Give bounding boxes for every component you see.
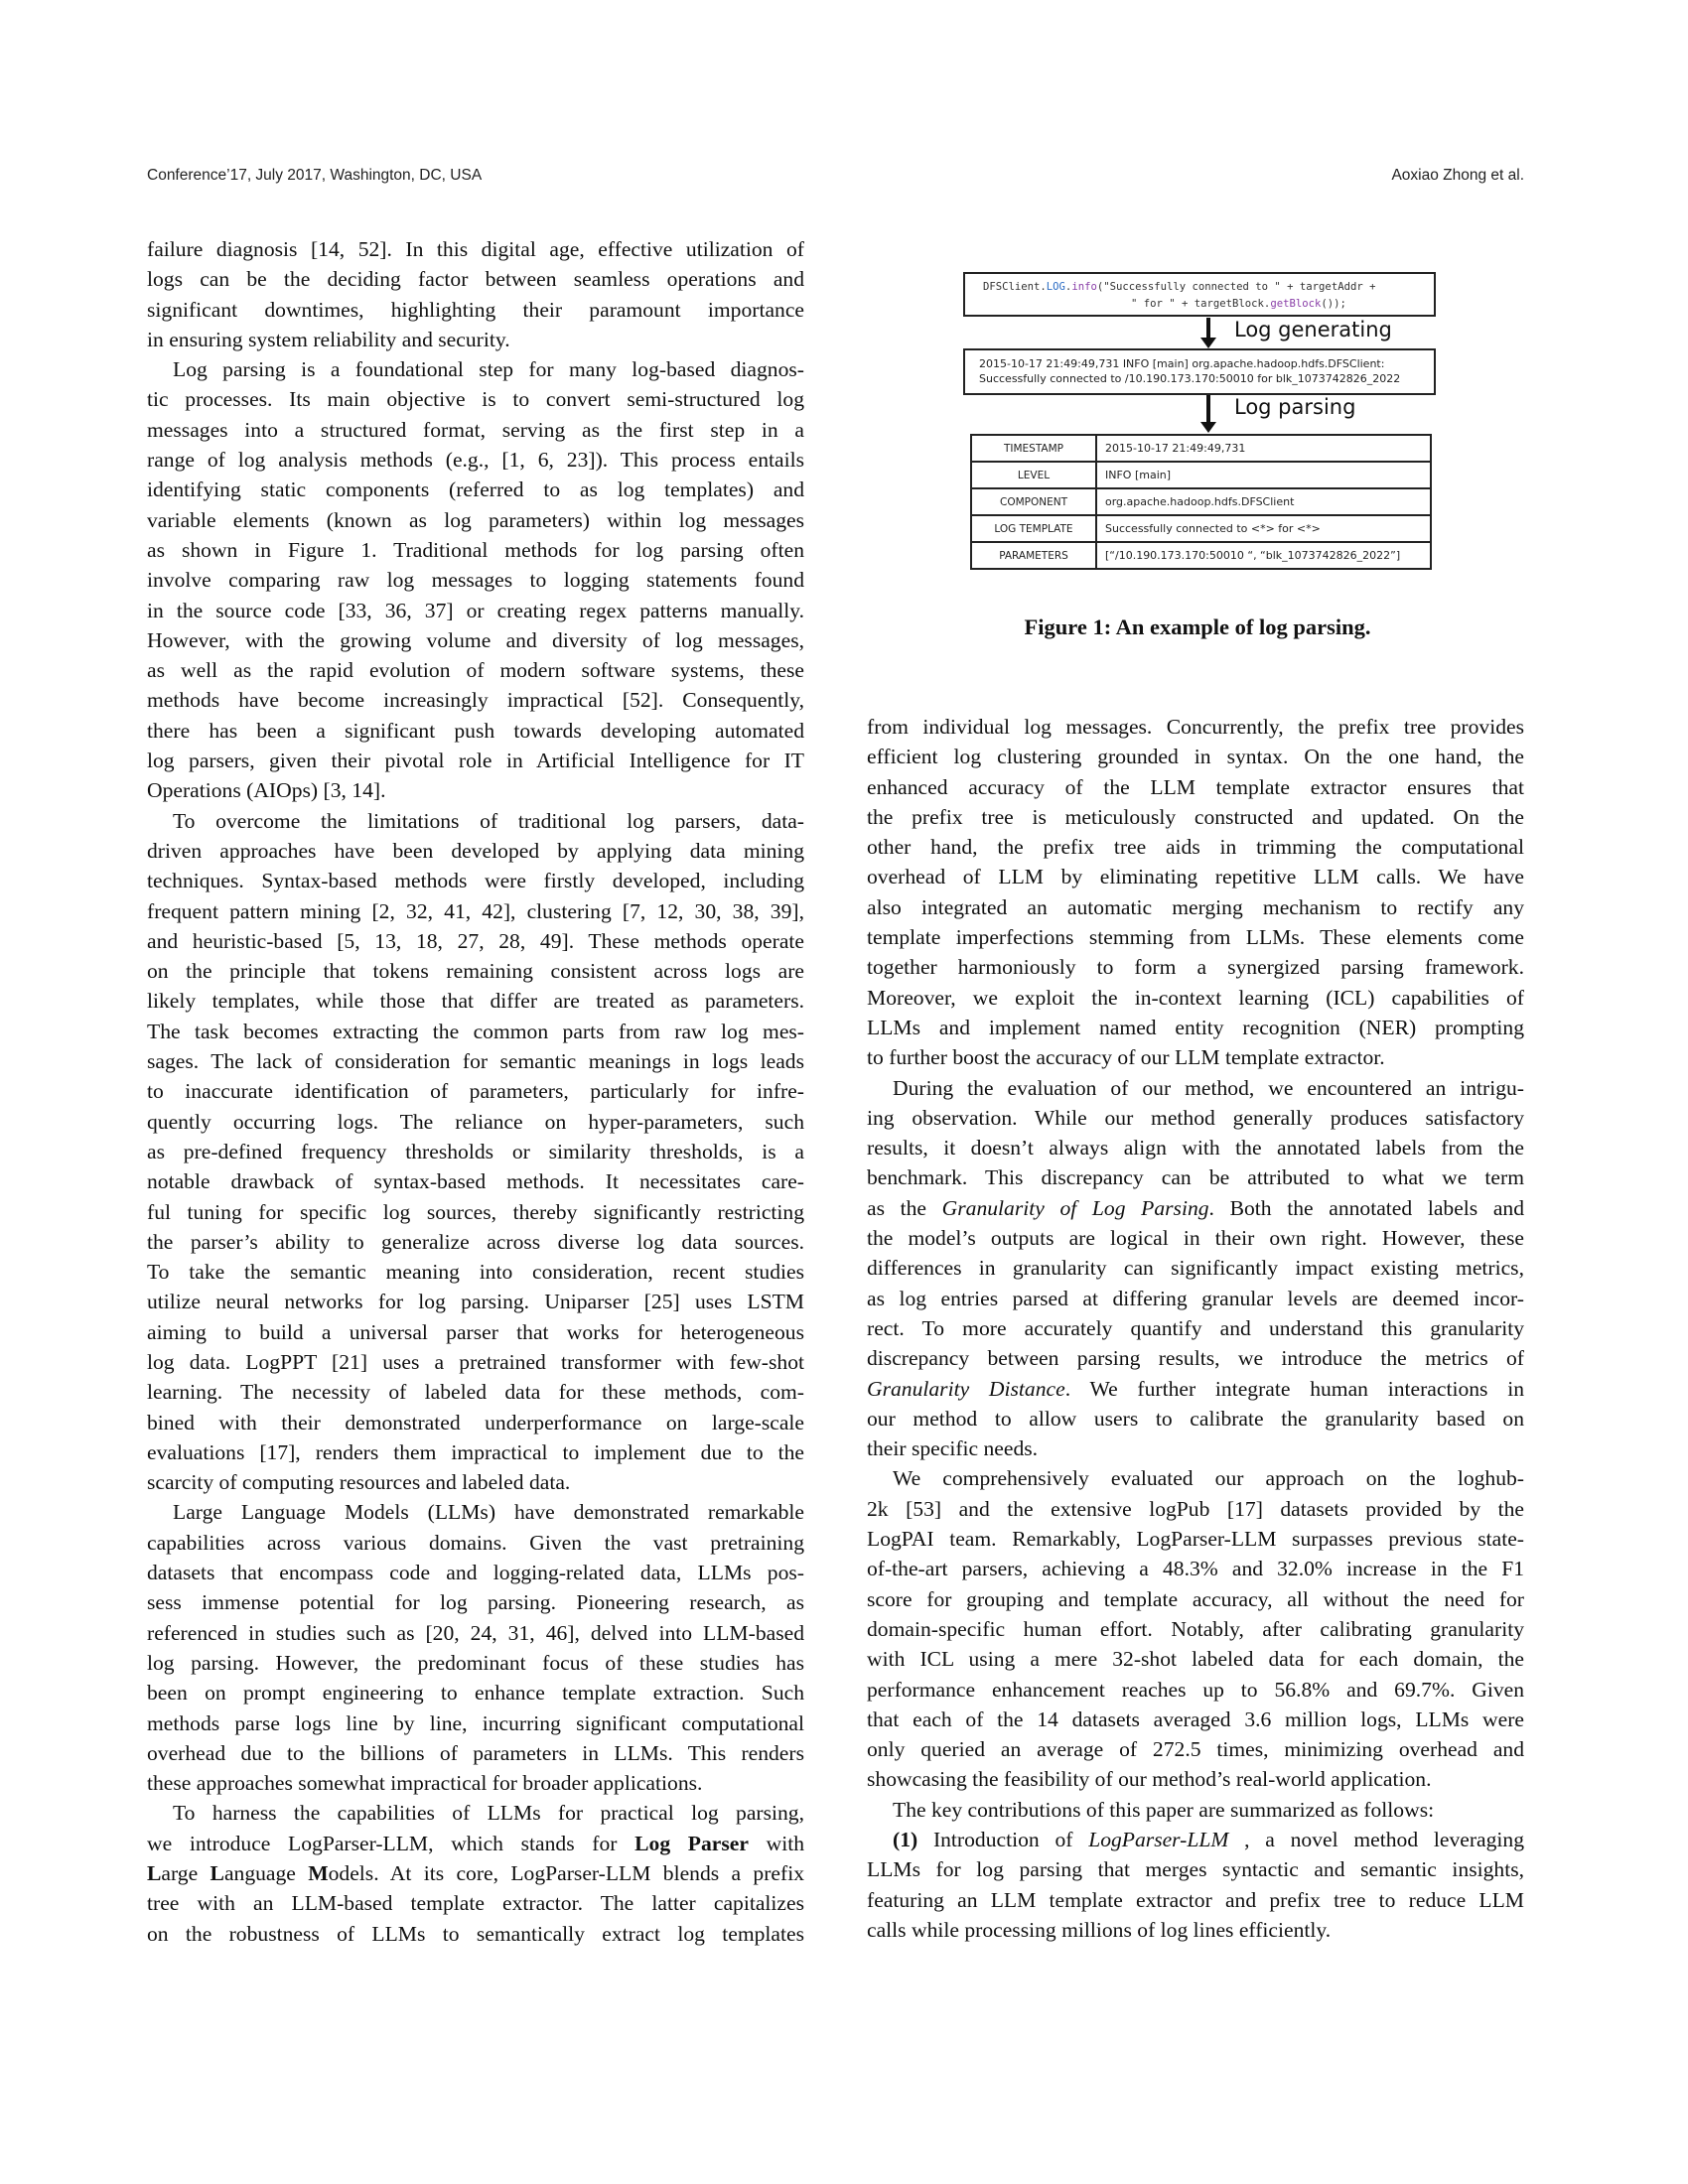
table-row: TIMESTAMP2015-10-17 21:49:49,731 [971, 435, 1431, 462]
text-line: rect. To more accurately quantify and un… [867, 1313, 1524, 1343]
text-line: sess immense potential for log parsing. … [147, 1587, 804, 1617]
text-run: as the [867, 1196, 942, 1220]
field-key: LEVEL [971, 462, 1096, 488]
field-key: LOG TEMPLATE [971, 515, 1096, 542]
text-line: results, it doesn’t always align with th… [867, 1133, 1524, 1162]
text-line: variable elements (known as log paramete… [147, 505, 804, 535]
text-line: ful tuning for specific log sources, the… [147, 1197, 804, 1227]
raw-log-line-1: 2015-10-17 21:49:49,731 INFO [main] org.… [979, 356, 1434, 371]
text-line: from individual log messages. Concurrent… [867, 712, 1524, 742]
text-line: However, with the growing volume and div… [147, 625, 804, 655]
text-line: template imperfections stemming from LLM… [867, 922, 1524, 952]
text-line: LLMs for log parsing that merges syntact… [867, 1854, 1524, 1884]
code-token: LOG [1047, 281, 1065, 293]
text-line: together harmoniously to form a synergiz… [867, 952, 1524, 982]
field-value: INFO [main] [1096, 462, 1431, 488]
text-line: on the principle that tokens remaining c… [147, 956, 804, 986]
code-token: " for " + targetBlock. [1131, 298, 1270, 310]
text-line: as log entries parsed at differing granu… [867, 1284, 1524, 1313]
text-line: the model’s outputs are logical in their… [867, 1223, 1524, 1253]
text-line: referenced in studies such as [20, 24, 3… [147, 1618, 804, 1648]
text-line: methods have become increasingly impract… [147, 685, 804, 715]
text-line: score for grouping and template accuracy… [867, 1584, 1524, 1614]
text-line: Moreover, we exploit the in-context lear… [867, 983, 1524, 1013]
paragraph-start: During the evaluation of our method, we … [867, 1073, 1524, 1103]
log-parsing-label: Log parsing [1234, 395, 1355, 419]
conference-info: Conference’17, July 2017, Washington, DC… [147, 167, 482, 185]
text-line: differences in granularity can significa… [867, 1253, 1524, 1283]
text-line: overhead of LLM by eliminating repetitiv… [867, 862, 1524, 891]
italic-term: LogParser-LLM [1088, 1828, 1228, 1851]
text-line: efficient log clustering grounded in syn… [867, 742, 1524, 771]
arrow-down-icon [1206, 395, 1210, 423]
text-line: LogPAI team. Remarkably, LogParser-LLM s… [867, 1524, 1524, 1554]
text-line: evaluations [17], renders them impractic… [147, 1437, 804, 1467]
right-column: from individual log messages. Concurrent… [867, 712, 1524, 1945]
text-line: failure diagnosis [14, 52]. In this digi… [147, 234, 804, 264]
text-line: capabilities across various domains. Giv… [147, 1528, 804, 1558]
code-token: info [1071, 281, 1097, 293]
paragraph-start: To overcome the limitations of tradition… [147, 806, 804, 836]
text-line: aiming to build a universal parser that … [147, 1317, 804, 1347]
text-line: also integrated an automatic merging mec… [867, 892, 1524, 922]
text-line: datasets that encompass code and logging… [147, 1558, 804, 1587]
text-line: domain-specific human effort. Notably, a… [867, 1614, 1524, 1644]
text-line: frequent pattern mining [2, 32, 41, 42],… [147, 896, 804, 926]
text-line: learning. The necessity of labeled data … [147, 1377, 804, 1407]
text-line: of-the-art parsers, achieving a 48.3% an… [867, 1554, 1524, 1583]
contribution-number: (1) [893, 1828, 917, 1851]
text-run: . Both the annotated labels and [1209, 1196, 1524, 1220]
contribution-item: (1) Introduction of LogParser-LLM , a no… [867, 1825, 1524, 1854]
text-line: scarcity of computing resources and labe… [147, 1467, 804, 1497]
bold-letter: M [308, 1861, 328, 1885]
field-value: Successfully connected to <*> for <*> [1096, 515, 1431, 542]
paragraph-start: Log parsing is a foundational step for m… [147, 354, 804, 384]
text-line: and heuristic-based [5, 13, 18, 27, 28, … [147, 926, 804, 956]
text-run: Introduction of [917, 1828, 1088, 1851]
text-line: there has been a significant push toward… [147, 716, 804, 746]
paragraph-start: To harness the capabilities of LLMs for … [147, 1798, 804, 1828]
table-row: LEVELINFO [main] [971, 462, 1431, 488]
text-line: LLMs and implement named entity recognit… [867, 1013, 1524, 1042]
text-line: these approaches somewhat impractical fo… [147, 1768, 804, 1798]
text-run: , a novel method leveraging [1228, 1828, 1524, 1851]
table-row: COMPONENTorg.apache.hadoop.hdfs.DFSClien… [971, 488, 1431, 515]
text-line: involve comparing raw log messages to lo… [147, 565, 804, 595]
text-line: in the source code [33, 36, 37] or creat… [147, 596, 804, 625]
table-row: LOG TEMPLATESuccessfully connected to <*… [971, 515, 1431, 542]
text-line: in ensuring system reliability and secur… [147, 325, 804, 354]
paragraph-start: Large Language Models (LLMs) have demons… [147, 1497, 804, 1527]
text-line: their specific needs. [867, 1433, 1524, 1463]
code-line-2: " for " + targetBlock.getBlock()); [1131, 296, 1346, 313]
code-token: DFSClient. [983, 281, 1047, 293]
text-line: tree with an LLM-based template extracto… [147, 1888, 804, 1918]
text-line: as pre-defined frequency thresholds or s… [147, 1137, 804, 1166]
text-line: likely templates, while those that diffe… [147, 986, 804, 1016]
text-line: on the robustness of LLMs to semanticall… [147, 1919, 804, 1949]
text-line: range of log analysis methods (e.g., [1,… [147, 445, 804, 475]
text-line: notable drawback of syntax-based methods… [147, 1166, 804, 1196]
text-line: calls while processing millions of log l… [867, 1915, 1524, 1945]
text-line: as the Granularity of Log Parsing. Both … [867, 1193, 1524, 1223]
field-value: 2015-10-17 21:49:49,731 [1096, 435, 1431, 462]
figure-caption: Figure 1: An example of log parsing. [959, 614, 1436, 640]
paragraph-start: We comprehensively evaluated our approac… [867, 1463, 1524, 1493]
field-value: [“/10.190.173.170:50010 “, “blk_10737428… [1096, 542, 1431, 569]
left-column: failure diagnosis [14, 52]. In this digi… [147, 234, 804, 1949]
text-run: . We further integrate human interaction… [1065, 1377, 1524, 1401]
text-line: enhanced accuracy of the LLM template ex… [867, 772, 1524, 802]
text-line: bined with their demonstrated underperfo… [147, 1408, 804, 1437]
raw-log-line-2: Successfully connected to /10.190.173.17… [979, 371, 1434, 386]
text-line: the parser’s ability to generalize acros… [147, 1227, 804, 1257]
italic-term: Granularity of Log Parsing [942, 1196, 1209, 1220]
bold-letter: L [211, 1861, 224, 1885]
table-row: PARAMETERS[“/10.190.173.170:50010 “, “bl… [971, 542, 1431, 569]
code-token: ()); [1321, 298, 1346, 310]
text-line: messages into a structured format, servi… [147, 415, 804, 445]
text-line: 2k [53] and the extensive logPub [17] da… [867, 1494, 1524, 1524]
text-line: been on prompt engineering to enhance te… [147, 1678, 804, 1707]
running-header: Conference’17, July 2017, Washington, DC… [147, 167, 1524, 189]
text-line: featuring an LLM template extractor and … [867, 1885, 1524, 1915]
text-line: Operations (AIOps) [3, 14]. [147, 775, 804, 805]
text-line: techniques. Syntax-based methods were fi… [147, 866, 804, 895]
text-line: Granularity Distance. We further integra… [867, 1374, 1524, 1404]
text-line: our method to allow users to calibrate t… [867, 1404, 1524, 1433]
text-line: showcasing the feasibility of our method… [867, 1764, 1524, 1794]
text-line: methods parse logs line by line, incurri… [147, 1708, 804, 1738]
field-key: TIMESTAMP [971, 435, 1096, 462]
paragraph-start: The key contributions of this paper are … [867, 1795, 1524, 1825]
text-run: odels. At its core, LogParser-LLM blends… [329, 1861, 804, 1885]
text-line: benchmark. This discrepancy can be attri… [867, 1162, 1524, 1192]
text-run: anguage [224, 1861, 308, 1885]
code-token: ("Successfully connected to " + targetAd… [1097, 281, 1376, 293]
text-line: To take the semantic meaning into consid… [147, 1257, 804, 1287]
text-line: to further boost the accuracy of our LLM… [867, 1042, 1524, 1072]
field-key: PARAMETERS [971, 542, 1096, 569]
text-run: with [749, 1832, 804, 1855]
field-key: COMPONENT [971, 488, 1096, 515]
text-line: log parsing. However, the predominant fo… [147, 1648, 804, 1678]
text-line: identifying static components (referred … [147, 475, 804, 504]
text-line: logs can be the deciding factor between … [147, 264, 804, 294]
text-line: significant downtimes, highlighting thei… [147, 295, 804, 325]
text-line: the prefix tree is meticulously construc… [867, 802, 1524, 832]
text-line: discrepancy between parsing results, we … [867, 1343, 1524, 1373]
text-line: to inaccurate identification of paramete… [147, 1076, 804, 1106]
text-line: Large Language Models. At its core, LogP… [147, 1858, 804, 1888]
text-line: utilize neural networks for log parsing.… [147, 1287, 804, 1316]
code-token: getBlock [1270, 298, 1321, 310]
field-value: org.apache.hadoop.hdfs.DFSClient [1096, 488, 1431, 515]
log-generating-label: Log generating [1234, 318, 1392, 341]
text-line: as shown in Figure 1. Traditional method… [147, 535, 804, 565]
italic-term: Granularity Distance [867, 1377, 1065, 1401]
text-line: quently occurring logs. The reliance on … [147, 1107, 804, 1137]
code-line-1: DFSClient.LOG.info("Successfully connect… [983, 279, 1375, 296]
text-line: other hand, the prefix tree aids in trim… [867, 832, 1524, 862]
text-line: performance enhancement reaches up to 56… [867, 1675, 1524, 1705]
text-line: log parsers, given their pivotal role in… [147, 746, 804, 775]
logging-statement-box: DFSClient.LOG.info("Successfully connect… [963, 272, 1436, 317]
text-line: log data. LogPPT [21] uses a pretrained … [147, 1347, 804, 1377]
authors: Aoxiao Zhong et al. [1391, 167, 1524, 185]
raw-log-box: 2015-10-17 21:49:49,731 INFO [main] org.… [963, 348, 1436, 395]
bold-term: Log Parser [634, 1832, 749, 1855]
text-line: sages. The lack of consideration for sem… [147, 1046, 804, 1076]
text-line: that each of the 14 datasets averaged 3.… [867, 1705, 1524, 1734]
parsed-log-table: TIMESTAMP2015-10-17 21:49:49,731 LEVELIN… [970, 434, 1432, 570]
text-line: as well as the rapid evolution of modern… [147, 655, 804, 685]
arrow-down-icon [1206, 318, 1210, 339]
text-run: we introduce LogParser-LLM, which stands… [147, 1832, 634, 1855]
bold-letter: L [147, 1861, 161, 1885]
text-line: The task becomes extracting the common p… [147, 1017, 804, 1046]
text-line: tic processes. Its main objective is to … [147, 384, 804, 414]
text-line: overhead due to the billions of paramete… [147, 1738, 804, 1768]
text-run: arge [161, 1861, 210, 1885]
text-line: only queried an average of 272.5 times, … [867, 1734, 1524, 1764]
text-line: with ICL using a mere 32-shot labeled da… [867, 1644, 1524, 1674]
text-line: ing observation. While our method genera… [867, 1103, 1524, 1133]
text-line: driven approaches have been developed by… [147, 836, 804, 866]
text-line: we introduce LogParser-LLM, which stands… [147, 1829, 804, 1858]
